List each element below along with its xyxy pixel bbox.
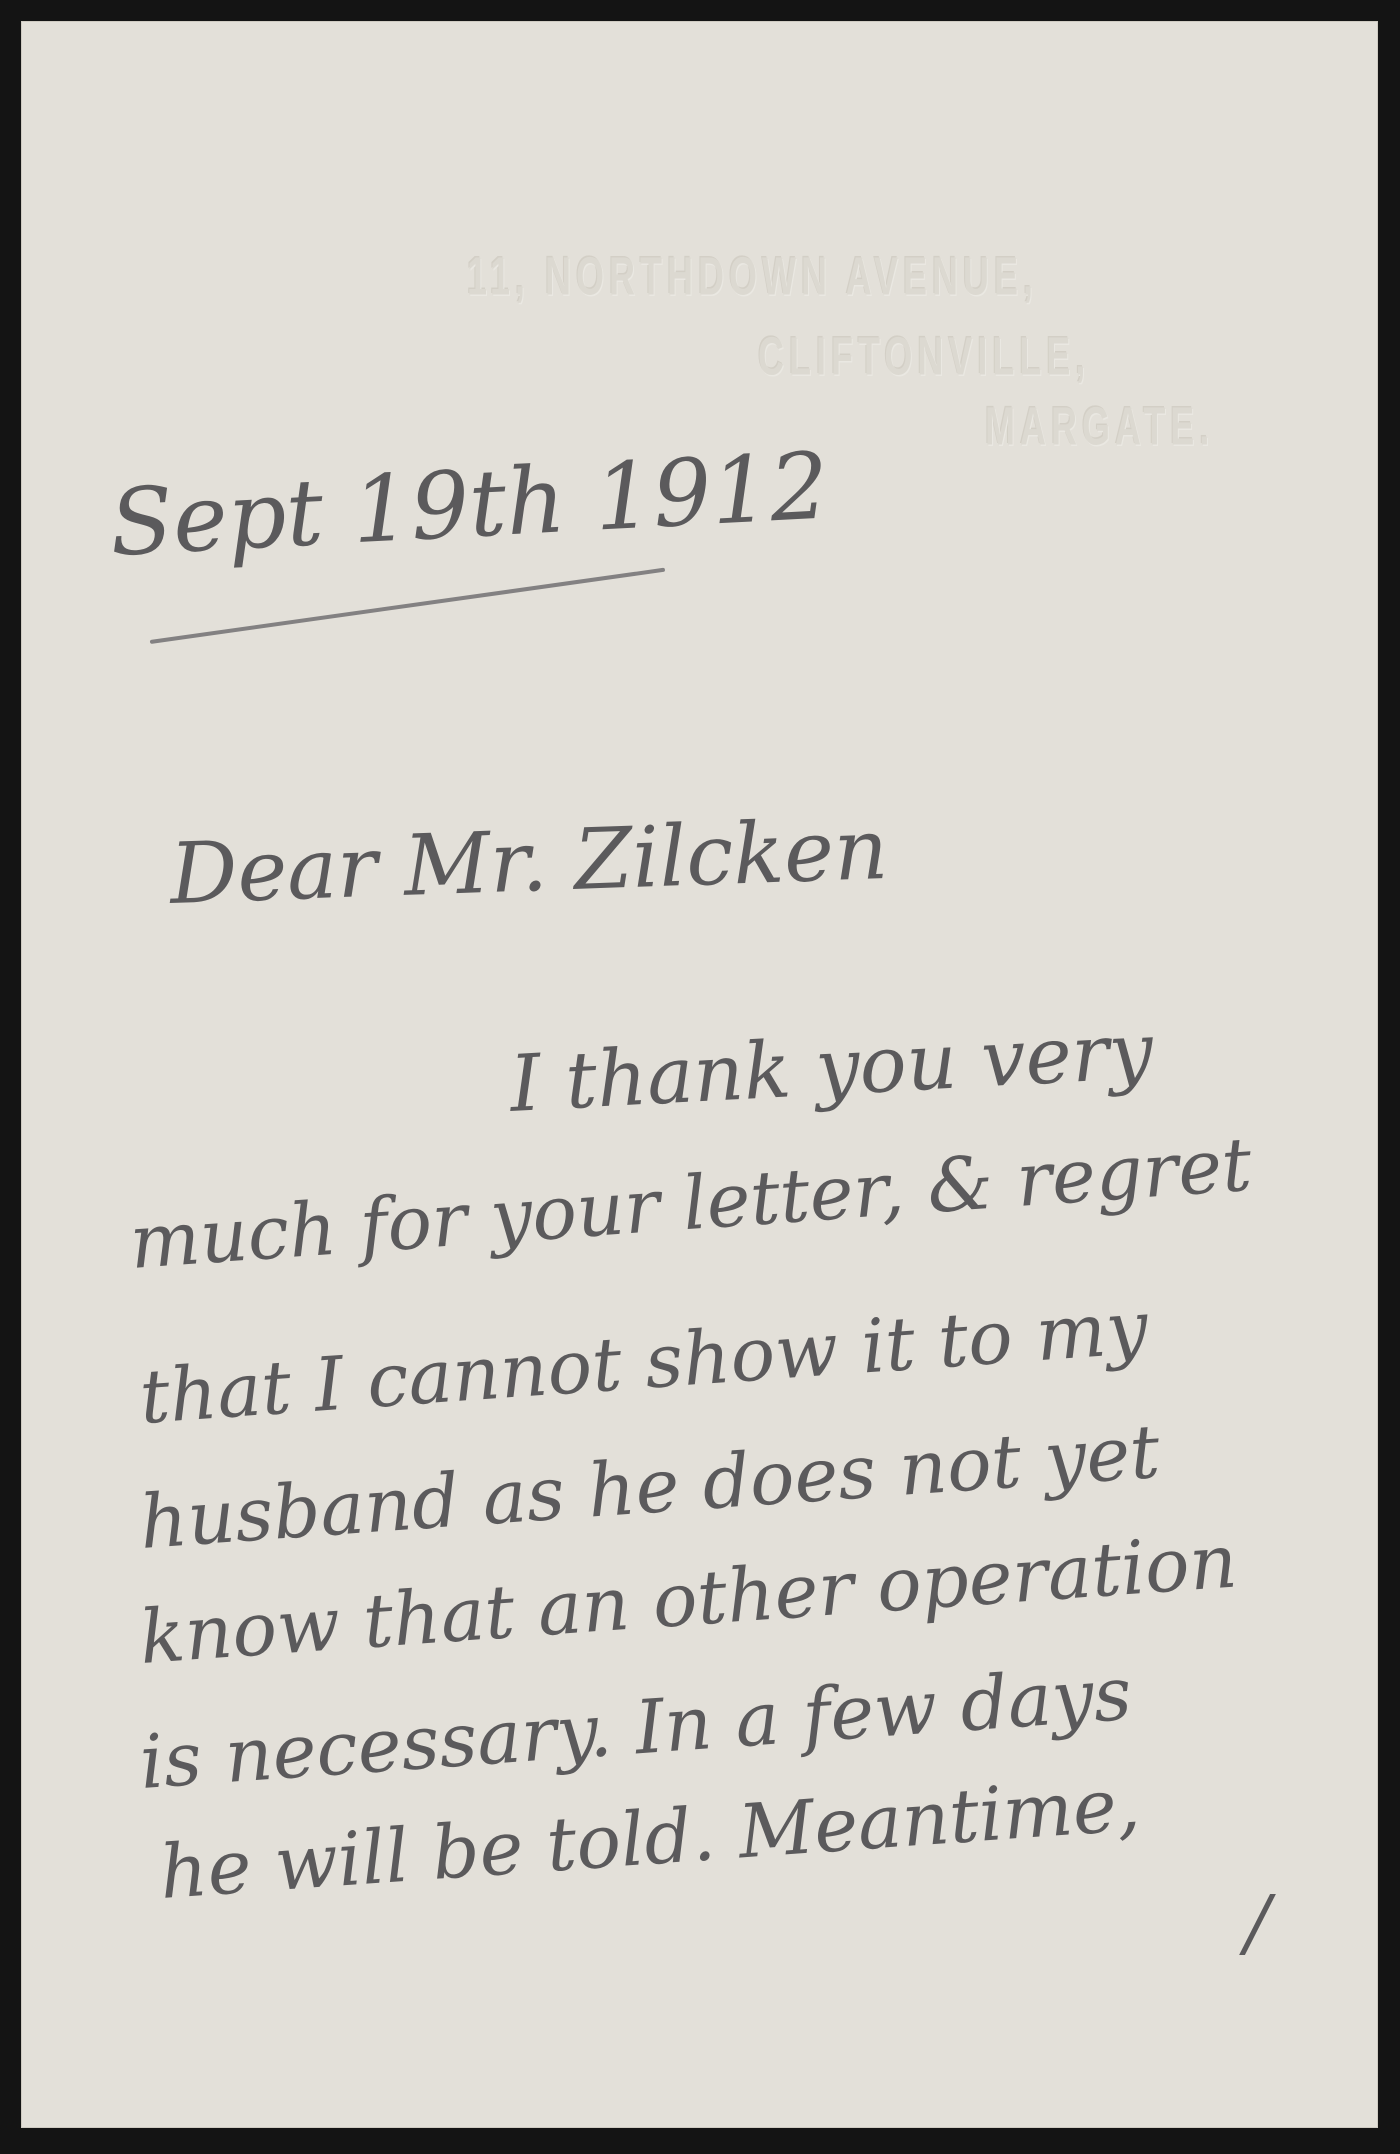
continuation-mark: / bbox=[1245, 1880, 1270, 1966]
letterhead-address-city: Margate. bbox=[985, 395, 1214, 458]
letterhead-address-street: 11, Northdown Avenue, bbox=[467, 245, 1038, 308]
letterhead-address-town: Cliftonville, bbox=[758, 325, 1090, 388]
